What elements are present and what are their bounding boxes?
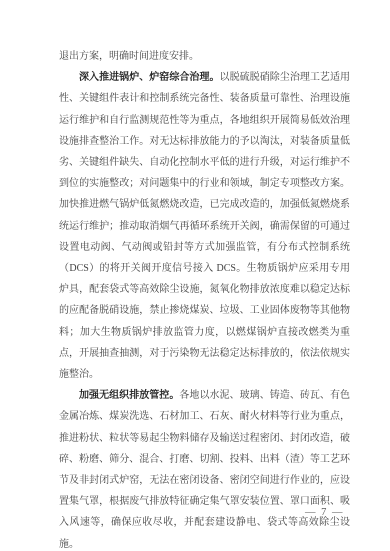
paragraph-continuation-text: 退出方案，明确时间进度安排。 [59,51,199,62]
paragraph-boiler-kiln-treatment: 深入推进锅炉、炉窑综合治理。以脱硫脱硝除尘治理工艺适用性、关键组件表计和控制系统… [59,67,350,385]
paragraph-boiler-kiln-lead: 深入推进锅炉、炉窑综合治理。 [79,72,220,83]
paragraph-fugitive-emission-text: 各地以水泥、玻璃、铸造、砖瓦、有色金属冶炼、煤炭洗选、石材加工、石灰、耐火材料等… [59,390,350,549]
paragraph-boiler-kiln-text: 以脱硫脱硝除尘治理工艺适用性、关键组件表计和控制系统完备性、装备质量可靠性、治理… [59,72,350,380]
body-text: 退出方案，明确时间进度安排。 深入推进锅炉、炉窑综合治理。以脱硫脱硝除尘治理工艺… [59,46,350,551]
paragraph-continuation: 退出方案，明确时间进度安排。 [59,46,350,67]
paragraph-fugitive-emission-lead: 加强无组织排放管控。 [79,390,179,401]
document-page: 退出方案，明确时间进度安排。 深入推进锅炉、炉窑综合治理。以脱硫脱硝除尘治理工艺… [0,0,390,551]
paragraph-fugitive-emission-control: 加强无组织排放管控。各地以水泥、玻璃、铸造、砖瓦、有色金属冶炼、煤炭洗选、石材加… [59,385,350,551]
page-number: — 7 — [305,507,344,518]
